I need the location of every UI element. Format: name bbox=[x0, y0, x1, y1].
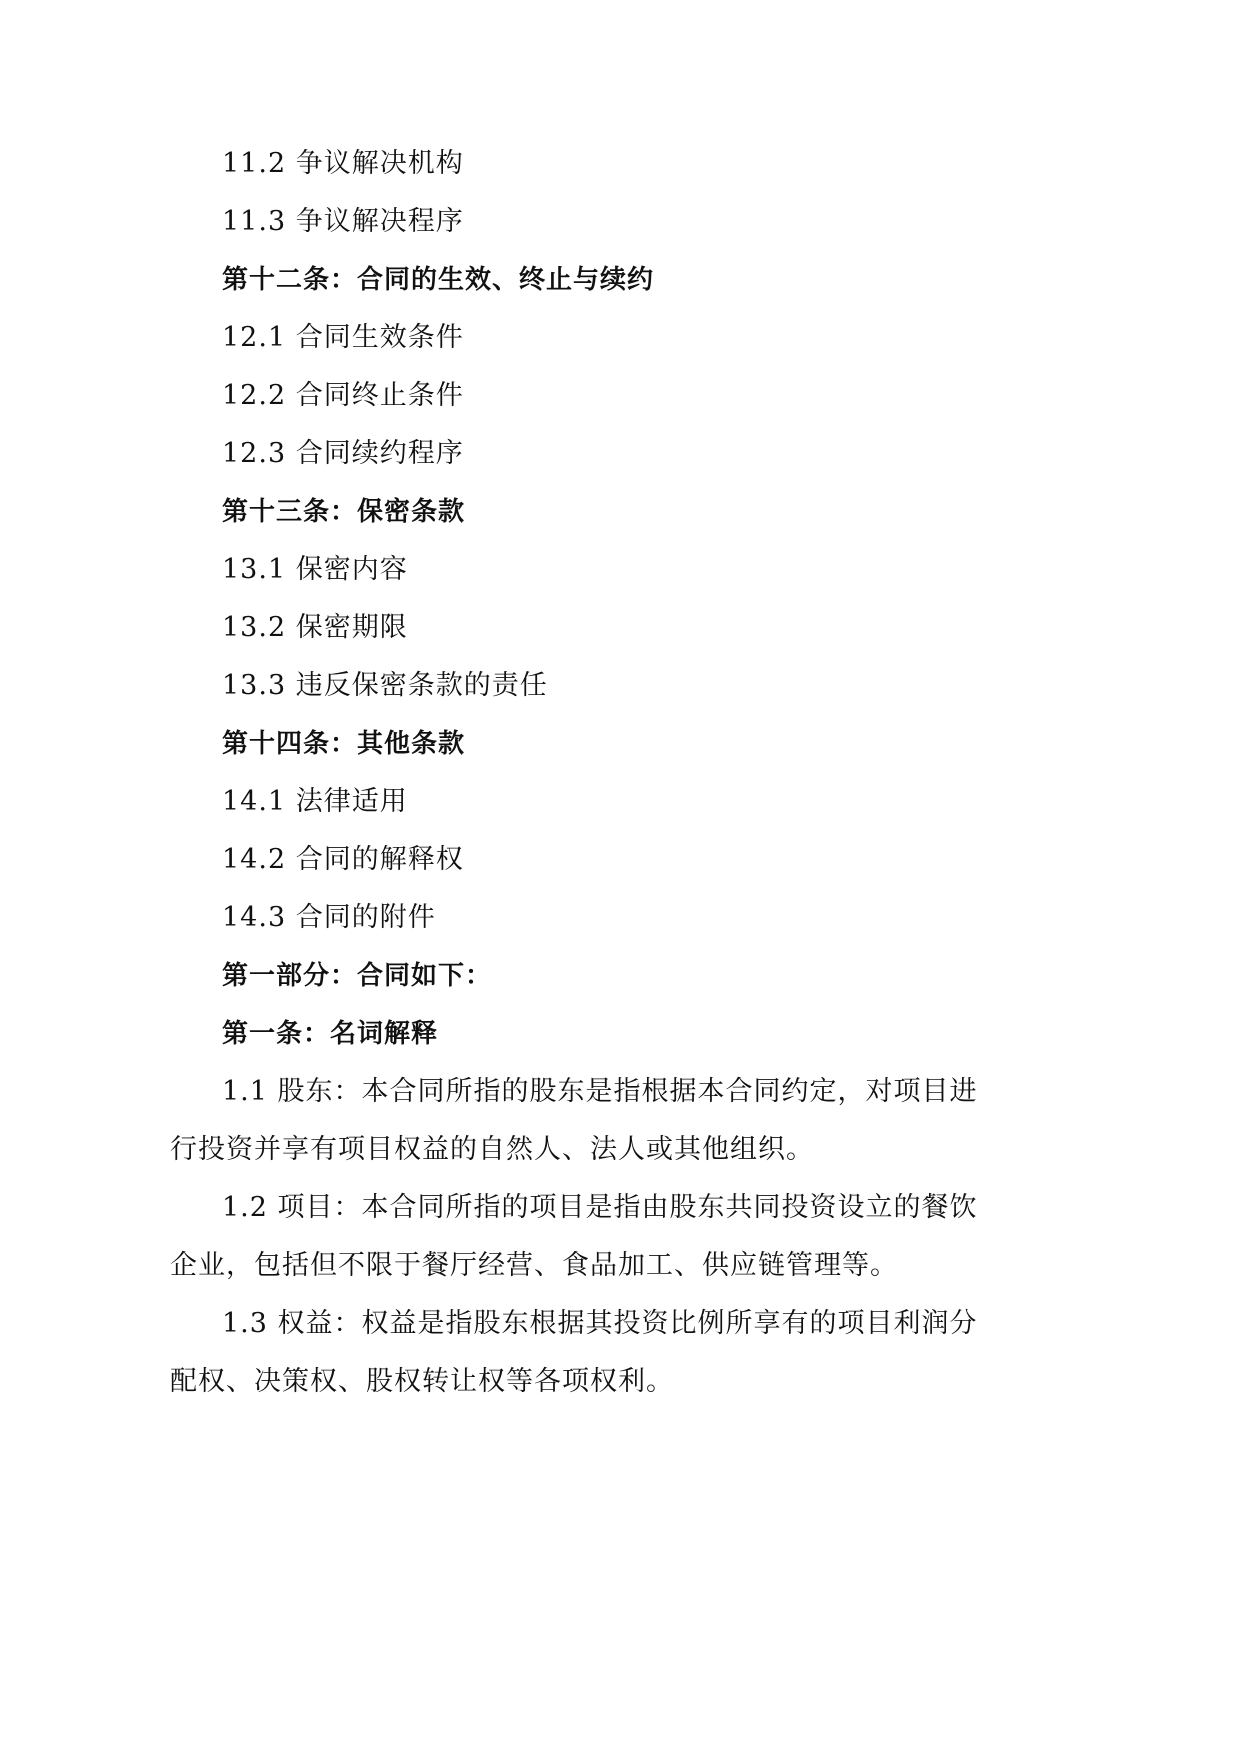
definition-1-2: 1.2 项目：本合同所指的项目是指由股东共同投资设立的餐饮 bbox=[222, 1193, 978, 1223]
definition-1-2-cont: 企业，包括但不限于餐厅经营、食品加工、供应链管理等。 bbox=[170, 1251, 898, 1281]
clause-14-1: 14.1 法律适用 bbox=[222, 787, 408, 817]
clause-11-3: 11.3 争议解决程序 bbox=[222, 207, 464, 237]
part-1-heading: 第一部分：合同如下： bbox=[222, 961, 492, 991]
clause-12-3: 12.3 合同续约程序 bbox=[222, 439, 464, 469]
clause-11-2: 11.2 争议解决机构 bbox=[222, 149, 464, 179]
definition-1-3: 1.3 权益：权益是指股东根据其投资比例所享有的项目利润分 bbox=[222, 1309, 978, 1339]
definition-1-3-cont: 配权、决策权、股权转让权等各项权利。 bbox=[170, 1367, 674, 1397]
clause-14-3: 14.3 合同的附件 bbox=[222, 903, 436, 933]
article-14-heading: 第十四条：其他条款 bbox=[222, 729, 465, 759]
clause-13-3: 13.3 违反保密条款的责任 bbox=[222, 671, 548, 701]
definition-1-1-cont: 行投资并享有项目权益的自然人、法人或其他组织。 bbox=[170, 1135, 814, 1165]
clause-13-1: 13.1 保密内容 bbox=[222, 555, 408, 585]
clause-14-2: 14.2 合同的解释权 bbox=[222, 845, 464, 875]
article-13-heading: 第十三条：保密条款 bbox=[222, 497, 465, 527]
article-12-heading: 第十二条：合同的生效、终止与续约 bbox=[222, 265, 654, 295]
clause-12-1: 12.1 合同生效条件 bbox=[222, 323, 464, 353]
clause-12-2: 12.2 合同终止条件 bbox=[222, 381, 464, 411]
clause-13-2: 13.2 保密期限 bbox=[222, 613, 408, 643]
definition-1-1: 1.1 股东：本合同所指的股东是指根据本合同约定，对项目进 bbox=[222, 1077, 978, 1107]
article-1-heading: 第一条：名词解释 bbox=[222, 1019, 438, 1049]
